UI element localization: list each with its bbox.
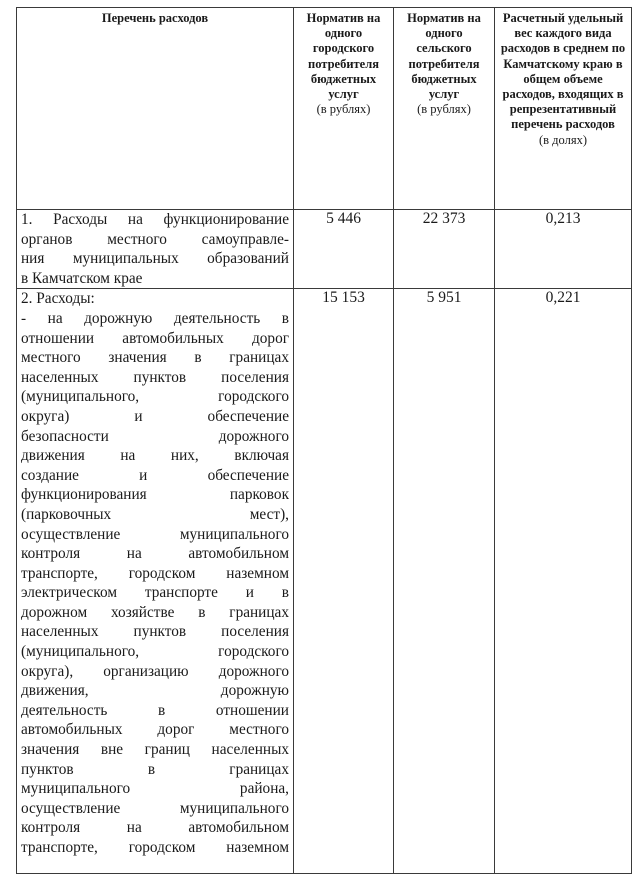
header-unit: (в долях) [499, 133, 627, 148]
description-line: контроля на автомобильном [21, 818, 289, 838]
description-line: функционирования парковок [21, 485, 289, 505]
description-line: движения на них, включая [21, 446, 289, 466]
header-title: Расчетный удельный вес каждого вида расх… [501, 11, 625, 131]
description-line: деятельность в отношении [21, 701, 289, 721]
header-urban-norm: Норматив на одного городского потребител… [294, 8, 394, 210]
description-line: округа) и обеспечение [21, 407, 289, 427]
header-title: Норматив на одного сельского потребителя… [407, 11, 481, 101]
rural-norm-value: 22 373 [394, 210, 495, 289]
table-header-row: Перечень расходов Норматив на одного гор… [17, 8, 632, 210]
description-line: (парковочных мест), [21, 505, 289, 525]
header-title: Норматив на одного городского потребител… [307, 11, 381, 101]
description-line: 2. Расходы: [21, 289, 289, 309]
description-line: отношении автомобильных дорог [21, 329, 289, 349]
rural-norm-value: 5 951 [394, 289, 495, 874]
description-line: электрическом транспорте и в [21, 583, 289, 603]
description-line: транспорте, городском наземном [21, 838, 289, 858]
description-line: в Камчатском крае [21, 269, 289, 289]
urban-norm-value: 5 446 [294, 210, 394, 289]
header-expense-list: Перечень расходов [17, 8, 294, 210]
header-unit: (в рублях) [398, 102, 490, 117]
description-line: местного значения в границах [21, 348, 289, 368]
description-line: 1. Расходы на функционирование [21, 210, 289, 230]
weight-share-value: 0,221 [495, 289, 632, 874]
expenses-norms-table: Перечень расходов Норматив на одного гор… [16, 7, 632, 874]
description-line: осуществление муниципального [21, 799, 289, 819]
description-line: значения вне границ населенных [21, 740, 289, 760]
description-line: (муниципального, городского [21, 387, 289, 407]
description-line: органов местного самоуправле- [21, 230, 289, 250]
description-line: населенных пунктов поселения [21, 368, 289, 388]
header-title: Перечень расходов [102, 11, 208, 25]
document-page: Перечень расходов Норматив на одного гор… [0, 0, 640, 893]
urban-norm-value: 15 153 [294, 289, 394, 874]
row-description: 1. Расходы на функционированиеорганов ме… [17, 210, 294, 289]
description-line: контроля на автомобильном [21, 544, 289, 564]
header-weight-share: Расчетный удельный вес каждого вида расх… [495, 8, 632, 210]
description-line: пунктов в границах [21, 760, 289, 780]
description-line: ния муниципальных образований [21, 249, 289, 269]
description-line: населенных пунктов поселения [21, 622, 289, 642]
description-line: движения, дорожную [21, 681, 289, 701]
description-line: безопасности дорожного [21, 427, 289, 447]
weight-share-value: 0,213 [495, 210, 632, 289]
description-line: осуществление муниципального [21, 525, 289, 545]
table-row: 1. Расходы на функционированиеорганов ме… [17, 210, 632, 289]
row-description: 2. Расходы:- на дорожную деятельность во… [17, 289, 294, 874]
table-row: 2. Расходы:- на дорожную деятельность во… [17, 289, 632, 874]
header-rural-norm: Норматив на одного сельского потребителя… [394, 8, 495, 210]
description-line: - на дорожную деятельность в [21, 309, 289, 329]
header-unit: (в рублях) [298, 102, 389, 117]
description-line: (муниципального, городского [21, 642, 289, 662]
description-line: автомобильных дорог местного [21, 720, 289, 740]
description-line: дорожном хозяйстве в границах [21, 603, 289, 623]
description-line: транспорте, городском наземном [21, 564, 289, 584]
description-line: муниципального района, [21, 779, 289, 799]
description-line: создание и обеспечение [21, 466, 289, 486]
description-line: округа), организацию дорожного [21, 662, 289, 682]
